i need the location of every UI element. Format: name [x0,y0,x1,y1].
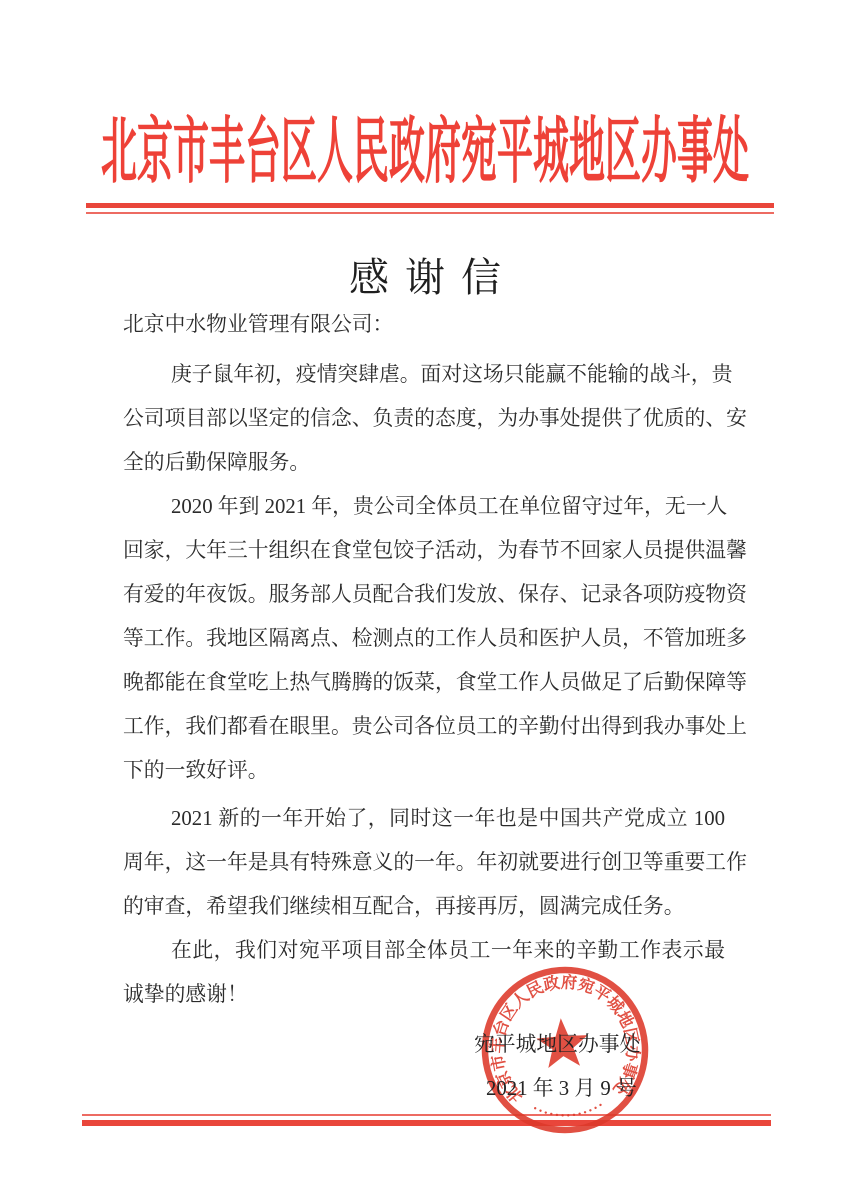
letterhead-divider [86,203,774,214]
letter-title: 感 谢 信 [0,254,850,302]
text-line: 的审查，希望我们继续相互配合，再接再厉，圆满完成任务。 [123,885,725,929]
letter-body: 北京中水物业管理有限公司： 庚子鼠年初，疫情突肆虐。面对这场只能赢不能输的战斗，… [123,303,725,1017]
text-line: 回家，大年三十组织在食堂包饺子活动，为春节不回家人员提供温馨 [123,529,725,573]
letter-document: 北京市丰台区人民政府宛平城地区办事处 感 谢 信 北京中水物业管理有限公司： 庚… [0,0,850,1201]
text-line: 有爱的年夜饭。服务部人员配合我们发放、保存、记录各项防疫物资 [123,573,725,617]
text-line: 等工作。我地区隔离点、检测点的工作人员和医护人员，不管加班多 [123,617,725,661]
paragraphs-container: 庚子鼠年初，疫情突肆虐。面对这场只能赢不能输的战斗，贵公司项目部以坚定的信念、负… [123,353,725,1017]
text-line: 2020 年到 2021 年，贵公司全体员工在单位留守过年，无一人 [123,485,725,529]
paragraph: 2020 年到 2021 年，贵公司全体员工在单位留守过年，无一人回家，大年三十… [123,485,725,793]
divider-thin-line [86,212,774,214]
salutation: 北京中水物业管理有限公司： [123,303,725,347]
divider-thick-line [86,203,774,208]
text-line: 下的一致好评。 [123,749,725,793]
paragraph: 庚子鼠年初，疫情突肆虐。面对这场只能赢不能输的战斗，贵公司项目部以坚定的信念、负… [123,353,725,485]
text-line: 周年，这一年是具有特殊意义的一年。年初就要进行创卫等重要工作 [123,841,725,885]
signature-org: 宛平城地区办事处 [474,1023,640,1067]
text-line: 2021 新的一年开始了，同时这一年也是中国共产党成立 100 [123,797,725,841]
text-line: 公司项目部以坚定的信念、负责的态度，为办事处提供了优质的、安 [123,397,725,441]
text-line: 工作，我们都看在眼里。贵公司各位员工的辛勤付出得到我办事处上 [123,705,725,749]
text-line: 全的后勤保障服务。 [123,441,725,485]
text-line: 晚都能在食堂吃上热气腾腾的饭菜，食堂工作人员做足了后勤保障等 [123,661,725,705]
letter-date: 2021 年 3 月 9 号 [486,1067,637,1111]
letterhead-org-name: 北京市丰台区人民政府宛平城地区办事处 [0,116,850,190]
text-line: 庚子鼠年初，疫情突肆虐。面对这场只能赢不能输的战斗，贵 [123,353,725,397]
paragraph: 2021 新的一年开始了，同时这一年也是中国共产党成立 100周年，这一年是具有… [123,797,725,929]
